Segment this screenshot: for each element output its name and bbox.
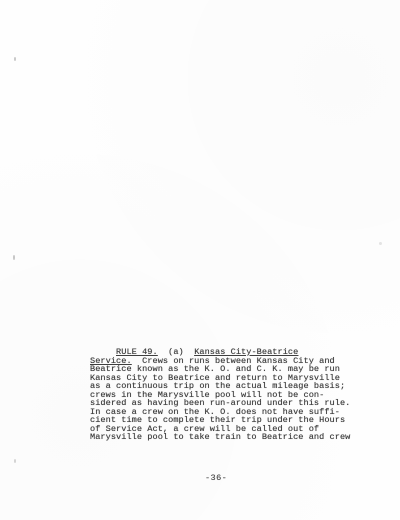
page-number: -36- <box>205 474 227 483</box>
scan-speck <box>379 242 382 245</box>
body-line: Marysville pool to take train to Beatric… <box>90 433 350 442</box>
scan-speck <box>14 57 16 61</box>
scan-speck <box>14 459 16 463</box>
scan-speck <box>13 255 15 260</box>
scanned-document-page: RULE 49. (a) Kansas City-Beatrice Servic… <box>0 0 400 520</box>
rule-49-paragraph: RULE 49. (a) Kansas City-Beatrice Servic… <box>90 348 350 442</box>
